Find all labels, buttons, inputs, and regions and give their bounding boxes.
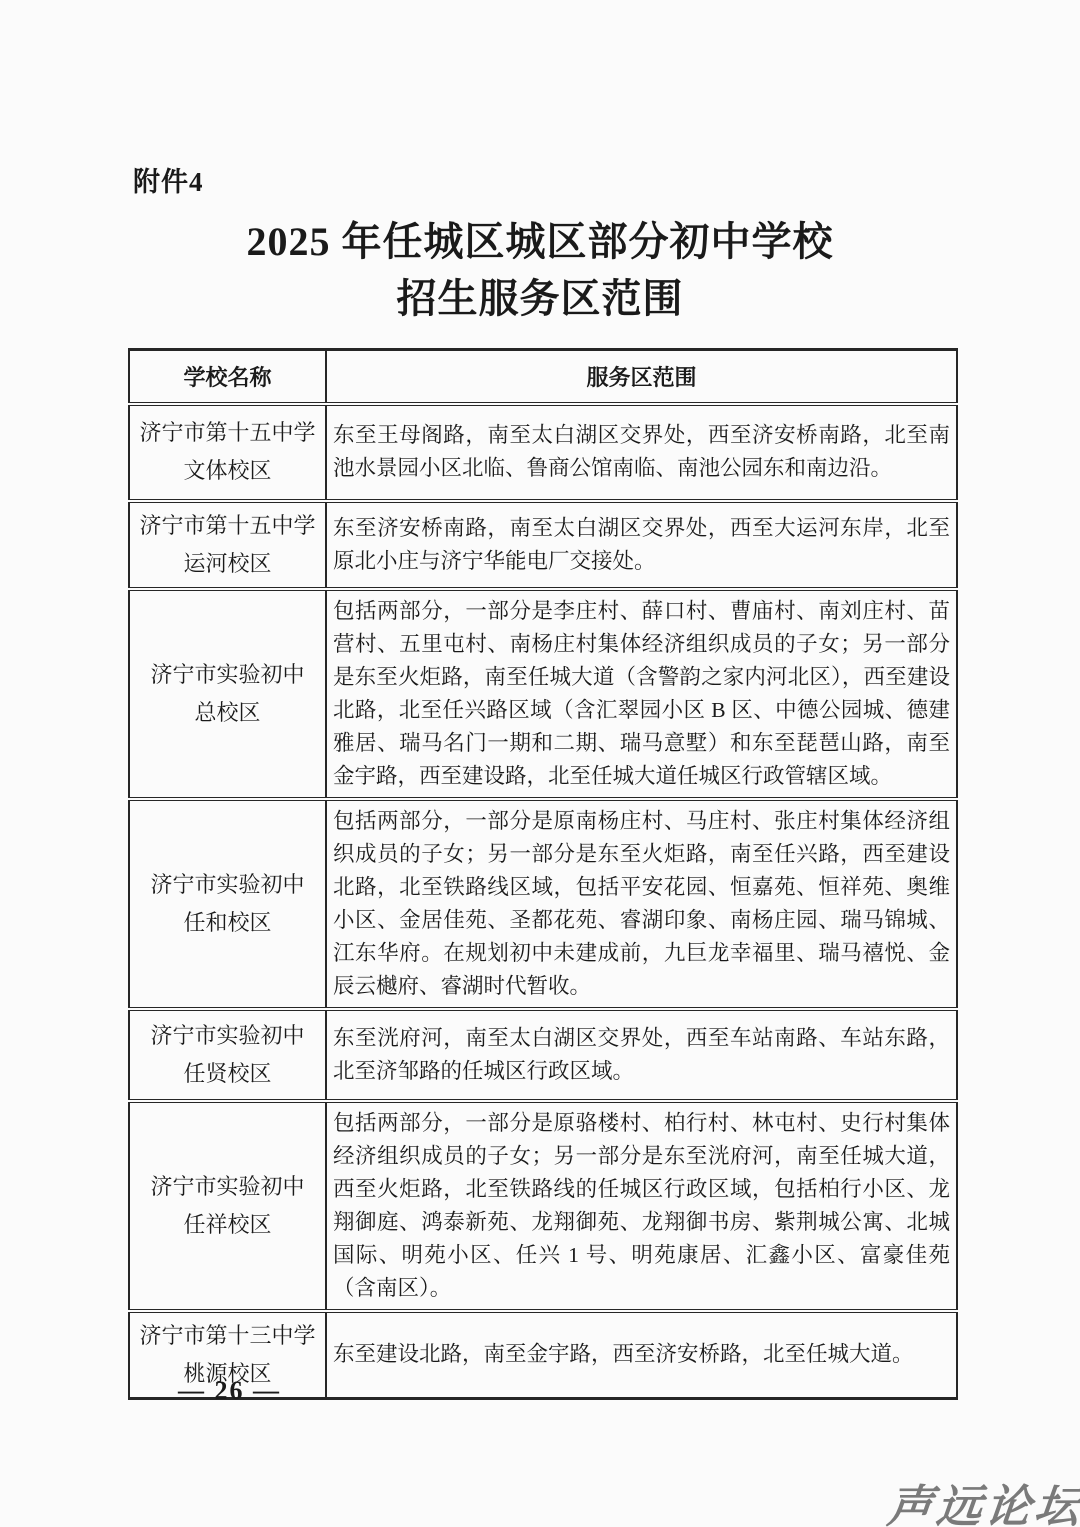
school-name-cell: 济宁市实验初中 总校区 [129, 589, 326, 799]
school-name-cell: 济宁市第十五中学 文体校区 [129, 404, 326, 501]
table-row: 济宁市实验初中 任和校区 包括两部分，一部分是原南杨庄村、马庄村、张庄村集体经济… [129, 799, 957, 1009]
school-name-cell: 济宁市第十五中学 运河校区 [129, 501, 326, 589]
service-area-table: 学校名称 服务区范围 济宁市第十五中学 文体校区 东至王母阁路，南至太白湖区交界… [128, 348, 958, 1400]
attachment-label: 附件4 [133, 160, 204, 199]
table-row: 济宁市实验初中 总校区 包括两部分，一部分是李庄村、薛口村、曹庙村、南刘庄村、苗… [129, 589, 957, 799]
document-page: { "page": { "attachment_label": "附件4", "… [0, 0, 1080, 1527]
service-area-cell: 包括两部分，一部分是李庄村、薛口村、曹庙村、南刘庄村、苗营村、五里屯村、南杨庄村… [326, 589, 957, 799]
service-area-cell: 东至济安桥南路，南至太白湖区交界处，西至大运河东岸，北至原北小庄与济宁华能电厂交… [326, 501, 957, 589]
service-area-cell: 东至洸府河，南至太白湖区交界处，西至车站南路、车站东路，北至济邹路的任城区行政区… [326, 1009, 957, 1101]
service-area-cell: 东至建设北路，南至金宇路，西至济安桥路，北至任城大道。 [326, 1311, 957, 1399]
table-row: 济宁市第十五中学 运河校区 东至济安桥南路，南至太白湖区交界处，西至大运河东岸，… [129, 501, 957, 589]
title-line-1: 2025 年任城区城区部分初中学校 [0, 213, 1080, 270]
school-name-cell: 济宁市实验初中 任和校区 [129, 799, 326, 1009]
service-area-cell: 包括两部分，一部分是原南杨庄村、马庄村、张庄村集体经济组织成员的子女；另一部分是… [326, 799, 957, 1009]
document-title: 2025 年任城区城区部分初中学校 招生服务区范围 [0, 213, 1080, 327]
title-line-2: 招生服务区范围 [0, 270, 1080, 327]
service-area-cell: 东至王母阁路，南至太白湖区交界处，西至济安桥南路，北至南池水景园小区北临、鲁商公… [326, 404, 957, 501]
table-header-row: 学校名称 服务区范围 [129, 350, 957, 404]
table-row: 济宁市实验初中 任祥校区 包括两部分，一部分是原骆楼村、柏行村、林屯村、史行村集… [129, 1101, 957, 1311]
school-name-cell: 济宁市实验初中 任贤校区 [129, 1009, 326, 1101]
page-number: — 26 — [178, 1376, 281, 1406]
table-row: 济宁市实验初中 任贤校区 东至洸府河，南至太白湖区交界处，西至车站南路、车站东路… [129, 1009, 957, 1101]
table-body: 济宁市第十五中学 文体校区 东至王母阁路，南至太白湖区交界处，西至济安桥南路，北… [129, 404, 957, 1399]
school-name-cell: 济宁市实验初中 任祥校区 [129, 1101, 326, 1311]
column-header-area: 服务区范围 [326, 350, 957, 404]
column-header-school: 学校名称 [129, 350, 326, 404]
service-area-cell: 包括两部分，一部分是原骆楼村、柏行村、林屯村、史行村集体经济组织成员的子女；另一… [326, 1101, 957, 1311]
watermark: 声远论坛 [885, 1470, 1080, 1527]
table-row: 济宁市第十五中学 文体校区 东至王母阁路，南至太白湖区交界处，西至济安桥南路，北… [129, 404, 957, 501]
